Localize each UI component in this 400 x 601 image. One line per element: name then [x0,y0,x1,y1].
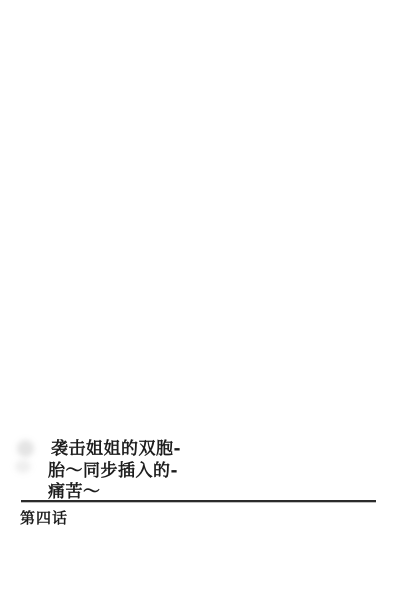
chapter-title-line: 袭击姐姐的双胞- [51,439,181,461]
chapter-title-line: 胎～同步插入的- [48,461,181,483]
scan-artifact [15,460,31,473]
divider-line [21,500,376,502]
scan-artifact [17,440,34,457]
manga-chapter-title-page: 袭击姐姐的双胞- 胎～同步插入的- 痛苦～ 第四话 [0,0,400,601]
chapter-title: 袭击姐姐的双胞- 胎～同步插入的- 痛苦～ [48,439,181,504]
chapter-number-label: 第四话 [20,507,68,528]
